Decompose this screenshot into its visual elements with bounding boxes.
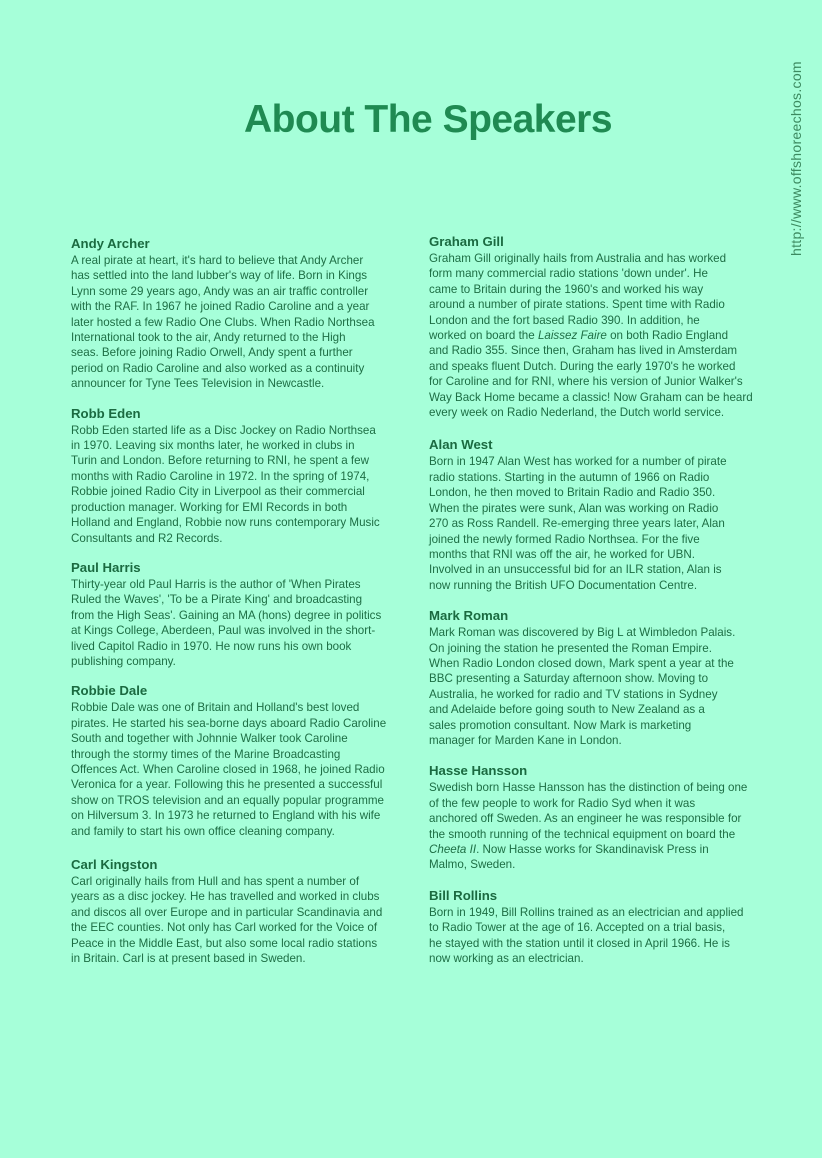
watermark-url: http://www.offshoreechos.com (788, 36, 804, 256)
speaker-bio-andy-archer: Andy Archer A real pirate at heart, it's… (71, 236, 416, 392)
speaker-bio-hasse-hansson: Hasse Hansson Swedish born Hasse Hansson… (429, 763, 779, 872)
speaker-description: Robb Eden started life as a Disc Jockey … (71, 423, 416, 546)
speaker-description: Thirty-year old Paul Harris is the autho… (71, 577, 416, 669)
ship-name: Cheeta II (429, 843, 476, 856)
speaker-bio-robb-eden: Robb Eden Robb Eden started life as a Di… (71, 406, 416, 546)
speaker-name: Paul Harris (71, 560, 416, 576)
speaker-name: Graham Gill (429, 234, 779, 250)
ship-name: Laissez Faire (538, 329, 607, 342)
speaker-description: Robbie Dale was one of Britain and Holla… (71, 700, 416, 839)
speaker-name: Carl Kingston (71, 857, 416, 873)
speaker-description: Born in 1947 Alan West has worked for a … (429, 454, 779, 593)
speaker-bio-mark-roman: Mark Roman Mark Roman was discovered by … (429, 608, 779, 748)
speaker-name: Bill Rollins (429, 888, 779, 904)
speaker-name: Hasse Hansson (429, 763, 779, 779)
speaker-description: A real pirate at heart, it's hard to bel… (71, 253, 416, 392)
speaker-description: Carl originally hails from Hull and has … (71, 874, 416, 966)
speaker-bio-carl-kingston: Carl Kingston Carl originally hails from… (71, 857, 416, 966)
speaker-name: Mark Roman (429, 608, 779, 624)
speaker-description: Graham Gill originally hails from Austra… (429, 251, 779, 420)
speaker-name: Robb Eden (71, 406, 416, 422)
speaker-description: Mark Roman was discovered by Big L at Wi… (429, 625, 779, 748)
speaker-name: Andy Archer (71, 236, 416, 252)
right-column: Graham Gill Graham Gill originally hails… (429, 234, 779, 978)
left-column: Andy Archer A real pirate at heart, it's… (71, 236, 416, 978)
speaker-description: Born in 1949, Bill Rollins trained as an… (429, 905, 779, 967)
speaker-bio-robbie-dale: Robbie Dale Robbie Dale was one of Brita… (71, 683, 416, 839)
speaker-bio-alan-west: Alan West Born in 1947 Alan West has wor… (429, 437, 779, 593)
page-title: About The Speakers (0, 98, 822, 142)
speaker-name: Alan West (429, 437, 779, 453)
speaker-description: Swedish born Hasse Hansson has the disti… (429, 780, 779, 872)
speaker-bio-paul-harris: Paul Harris Thirty-year old Paul Harris … (71, 560, 416, 669)
speaker-bio-bill-rollins: Bill Rollins Born in 1949, Bill Rollins … (429, 888, 779, 967)
speaker-name: Robbie Dale (71, 683, 416, 699)
speaker-bio-graham-gill: Graham Gill Graham Gill originally hails… (429, 234, 779, 420)
